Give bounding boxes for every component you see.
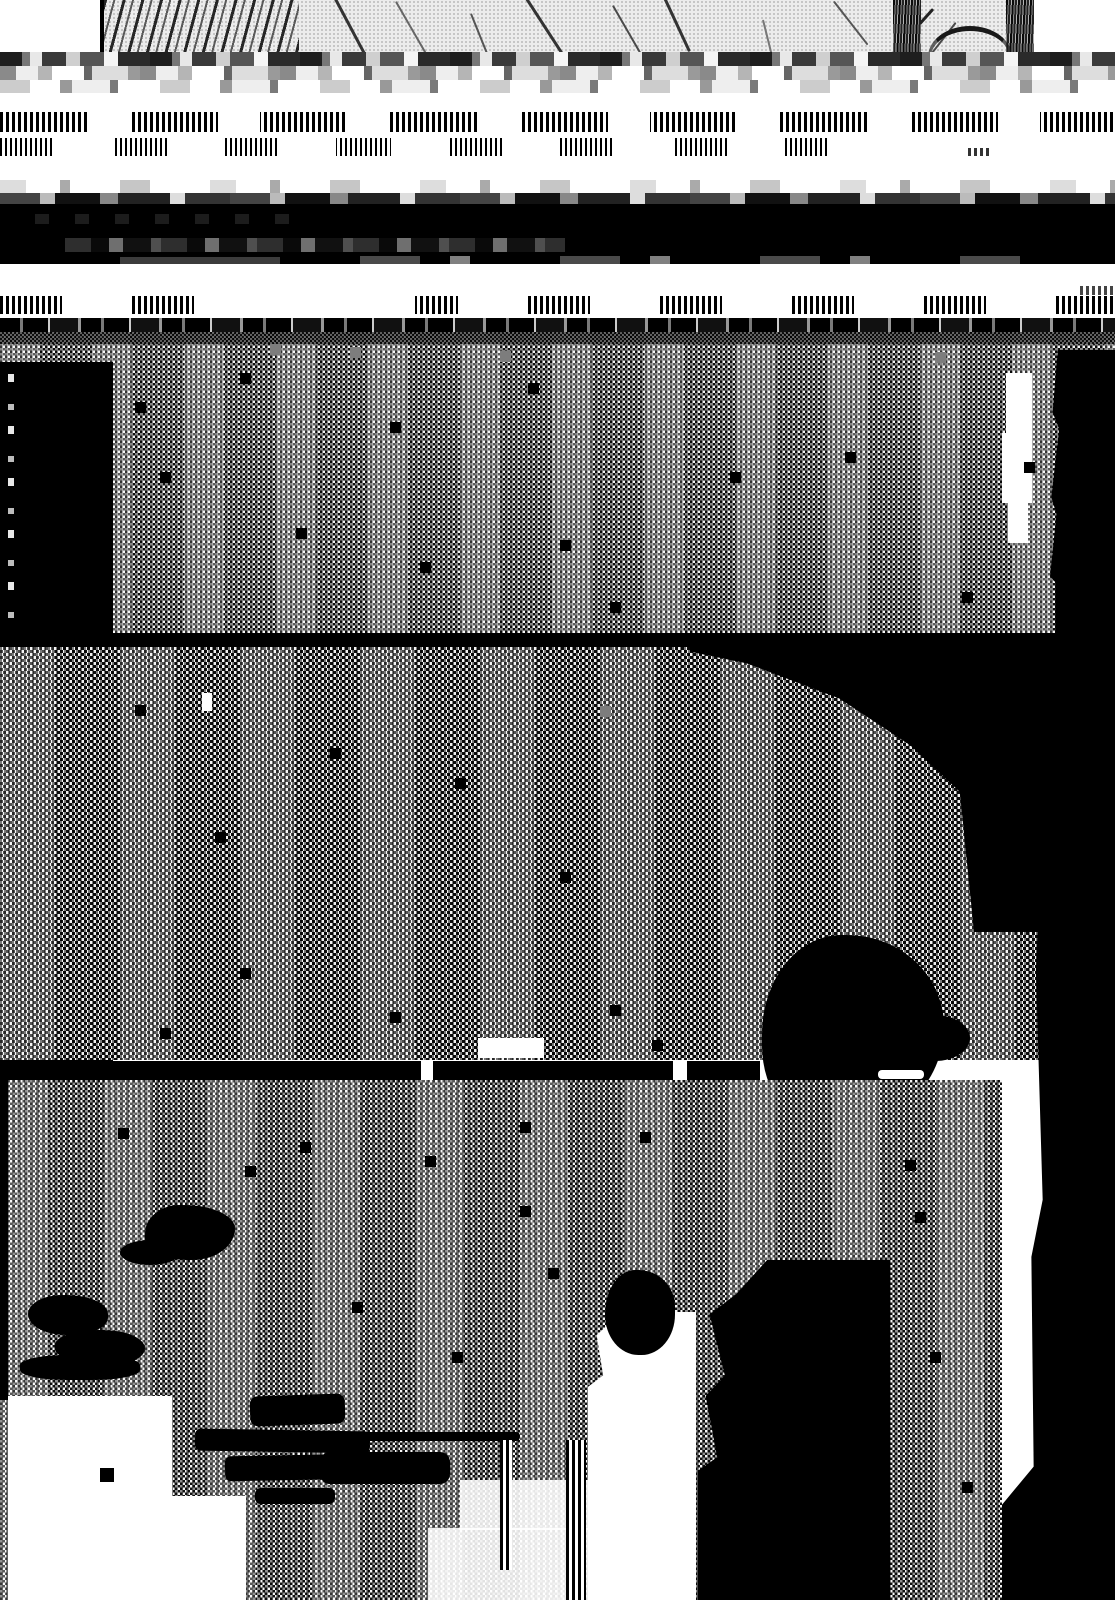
glitch-scanline-row: [0, 80, 1115, 93]
glitch-scanline-row: [0, 52, 1115, 66]
white-strip-fragment: [1008, 503, 1028, 543]
band-inner-fragment: [65, 238, 565, 252]
noise-top-dark-row: [0, 332, 1115, 344]
glitch-scanline-row: [0, 66, 1115, 80]
glitched-page-canvas: [0, 0, 1115, 1600]
dark-streak: [250, 1393, 346, 1426]
white-wedge: [588, 1312, 696, 1600]
band-inner-fragment: [35, 214, 315, 224]
stripe-column: [500, 1440, 512, 1570]
separator-gap: [421, 1061, 433, 1080]
black-square-in-white: [100, 1468, 114, 1482]
white-patch: [478, 1038, 544, 1058]
white-region-bottom-left: [8, 1396, 172, 1600]
dark-streak: [255, 1488, 335, 1504]
black-cluster: [20, 1355, 140, 1380]
left-edge-strip: [0, 1080, 8, 1400]
black-censor-band: [0, 204, 1115, 264]
black-blob: [120, 1240, 180, 1265]
black-cluster: [28, 1295, 108, 1335]
white-nub: [202, 693, 212, 711]
black-blob-over-wedge: [605, 1270, 675, 1355]
white-strip-fragment: [1002, 433, 1032, 503]
band-inner-fragment: [360, 256, 1040, 264]
noise-gray-squares: [0, 0, 11, 11]
silhouette-bottom: [698, 1260, 890, 1600]
hair-strands-left: [104, 0, 299, 57]
right-black-bar-upper: [1050, 350, 1115, 633]
paper-corner-right: [1034, 0, 1115, 57]
noise-field-upper: [0, 318, 1115, 633]
dark-streak: [320, 1452, 450, 1484]
black-blob-arm: [900, 1015, 970, 1061]
dark-strand-trunk-left: [893, 0, 921, 52]
black-separator-band-partial: [0, 1061, 760, 1080]
stripe-column: [566, 1440, 586, 1600]
white-region-extension: [172, 1496, 246, 1600]
white-dash-in-blob: [878, 1070, 924, 1079]
glyph-fragment-row: [0, 138, 830, 156]
separator-gap: [673, 1061, 687, 1080]
band-inner-fragment: [120, 257, 280, 264]
noise-top-dark-row: [0, 318, 1115, 332]
glyph-fragment-bit: [968, 148, 992, 156]
glyph-fragment-row: [0, 112, 1115, 132]
white-strip-fragment: [1006, 373, 1032, 433]
dark-streak-thin: [360, 1432, 520, 1441]
glyph-fragment-row: [0, 296, 1115, 314]
dark-streak: [195, 1428, 370, 1453]
glyph-fragment-bit: [1080, 286, 1115, 295]
glyph-row-gap: [255, 296, 415, 314]
